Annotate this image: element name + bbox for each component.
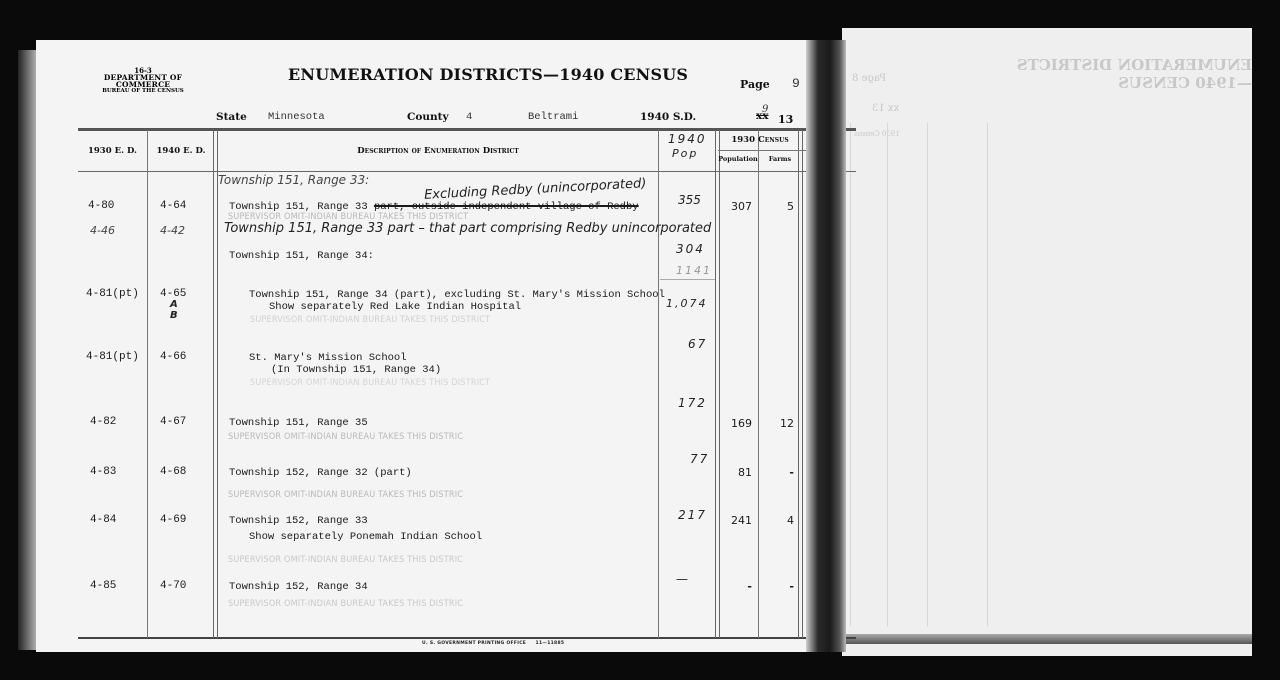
supervisor-stamp: SUPERVISOR OMIT-INDIAN BUREAU TAKES THIS…: [228, 432, 463, 442]
header-description: Description of Enumeration District: [218, 146, 658, 156]
pop-1930: 241: [722, 514, 752, 527]
column-divider: [147, 130, 148, 638]
facing-page-sd: xx 13: [872, 103, 899, 114]
facing-page-page: Page 8: [852, 73, 886, 84]
department-name: DEPARTMENT OF COMMERCE: [78, 74, 208, 88]
header-farms: Farms: [760, 155, 800, 163]
district-description-line2: Show separately Red Lake Indian Hospital: [269, 301, 521, 313]
farms-1930: -: [762, 466, 794, 479]
facing-page-title: ENUMERATION DISTRICTS—1940 CENSUS: [1012, 56, 1252, 92]
district-description-line2: (In Township 151, Range 34): [271, 364, 441, 376]
sd-value: 13: [778, 113, 793, 126]
district-description: Township 151, Range 35: [229, 417, 368, 429]
column-divider: [715, 130, 720, 638]
department-header: 16-3 DEPARTMENT OF COMMERCE BUREAU OF TH…: [78, 67, 208, 95]
header-1940-pop-year: 1940: [668, 132, 707, 146]
header-1940-ed: 1940 E. D.: [148, 146, 214, 156]
supervisor-stamp: SUPERVISOR OMIT-INDIAN BUREAU TAKES THIS…: [228, 555, 463, 565]
header-1940-pop: Pop: [672, 147, 698, 160]
handwritten-note: Township 151, Range 33:: [218, 173, 369, 187]
column-divider: [213, 130, 218, 638]
pop-1940: 1,074: [666, 297, 708, 310]
district-description: Township 152, Range 32 (part): [229, 467, 412, 479]
ed-1940: 4-68: [160, 466, 186, 478]
state-value: Minnesota: [268, 111, 325, 123]
state-label: State: [216, 111, 247, 123]
supervisor-stamp: SUPERVISOR OMIT-INDIAN BUREAU TAKES THIS…: [250, 378, 490, 388]
ed-1930: 4-84: [90, 514, 116, 526]
pop-1930: 307: [722, 200, 752, 213]
ed-1940: 4-67: [160, 416, 186, 428]
ed-1940: 4-42: [160, 224, 185, 237]
farms-1930: 12: [762, 417, 794, 430]
pop-1940: 172: [678, 396, 707, 410]
supervisor-stamp: SUPERVISOR OMIT-INDIAN BUREAU TAKES THIS…: [228, 490, 463, 500]
ed-1930: 4-81(pt): [86, 288, 139, 300]
district-description: Township 151, Range 34 (part), excluding…: [249, 289, 665, 301]
district-description: Township 151, Range 34:: [229, 250, 374, 262]
bottom-rule: [78, 637, 856, 639]
top-rule: [78, 128, 856, 131]
ed-1940: 4-69: [160, 514, 186, 526]
facing-page-edge: [842, 634, 1252, 644]
pop-1930: 81: [722, 466, 752, 479]
district-description: Township 152, Range 33: [229, 515, 368, 527]
page-title: ENUMERATION DISTRICTS—1940 CENSUS: [288, 65, 688, 84]
pop-1940: —: [676, 572, 688, 586]
sd-label: 1940 S.D.: [640, 111, 696, 123]
ed-1940: 4-70: [160, 580, 186, 592]
supervisor-stamp: SUPERVISOR OMIT-INDIAN BUREAU TAKES THIS…: [250, 315, 490, 325]
district-description: St. Mary's Mission School: [249, 352, 407, 364]
ed-sub-a: A: [170, 299, 178, 310]
ed-1930: 4-80: [88, 200, 114, 212]
column-divider: [758, 130, 759, 638]
pop-1940: 355: [678, 193, 701, 207]
handwritten-insert: Excluding Redby (unincorporated): [424, 176, 647, 203]
subtotal-rule: [660, 279, 715, 280]
printer-footer: U. S. GOVERNMENT PRINTING OFFICE 11—1188…: [422, 641, 564, 646]
sd-handwritten: 9: [762, 104, 768, 115]
facing-page-census: 1930 Census: [854, 130, 900, 138]
ed-1940: 4-66: [160, 351, 186, 363]
column-divider: [798, 130, 803, 638]
bureau-name: BUREAU OF THE CENSUS: [78, 88, 208, 95]
pop-1930: -: [722, 580, 752, 593]
header-rule: [78, 171, 856, 172]
handwritten-description: Township 151, Range 33 part – that part …: [224, 221, 711, 236]
pop-1940: 304: [676, 242, 705, 256]
ed-sub-b: B: [170, 310, 178, 321]
facing-page-bleedthrough: ENUMERATION DISTRICTS—1940 CENSUS Page 8…: [842, 28, 1252, 656]
district-description: Township 152, Range 34: [229, 581, 368, 593]
supervisor-stamp: SUPERVISOR OMIT-INDIAN BUREAU TAKES THIS…: [228, 599, 463, 609]
ed-1930: 4-46: [90, 224, 115, 237]
county-value: Beltrami: [528, 111, 578, 123]
pop-1940: 67: [688, 337, 707, 351]
ed-1930: 4-82: [90, 416, 116, 428]
farms-1930: -: [762, 580, 794, 593]
header-1930-ed: 1930 E. D.: [78, 146, 147, 156]
district-description-line2: Show separately Ponemah Indian School: [249, 531, 482, 543]
ed-1930: 4-85: [90, 580, 116, 592]
census-page: 16-3 DEPARTMENT OF COMMERCE BUREAU OF TH…: [36, 40, 826, 652]
pop-1940-subtotal: 1141: [676, 264, 712, 277]
ed-1930: 4-83: [90, 466, 116, 478]
column-divider: [658, 130, 659, 638]
farms-1930: 5: [762, 200, 794, 213]
page-label: Page: [740, 78, 770, 91]
header-1930-census: 1930 Census: [718, 135, 802, 145]
pop-1940: 217: [678, 508, 707, 522]
pop-1930: 169: [722, 417, 752, 430]
county-code: 4: [466, 111, 472, 123]
book-gutter: [806, 40, 846, 652]
ed-1940: 4-64: [160, 200, 186, 212]
ed-1930: 4-81(pt): [86, 351, 139, 363]
farms-1930: 4: [762, 514, 794, 527]
page-number: 9: [792, 76, 800, 91]
pop-1940: 77: [690, 452, 709, 466]
header-population: Population: [718, 155, 758, 163]
county-label: County: [407, 111, 449, 123]
